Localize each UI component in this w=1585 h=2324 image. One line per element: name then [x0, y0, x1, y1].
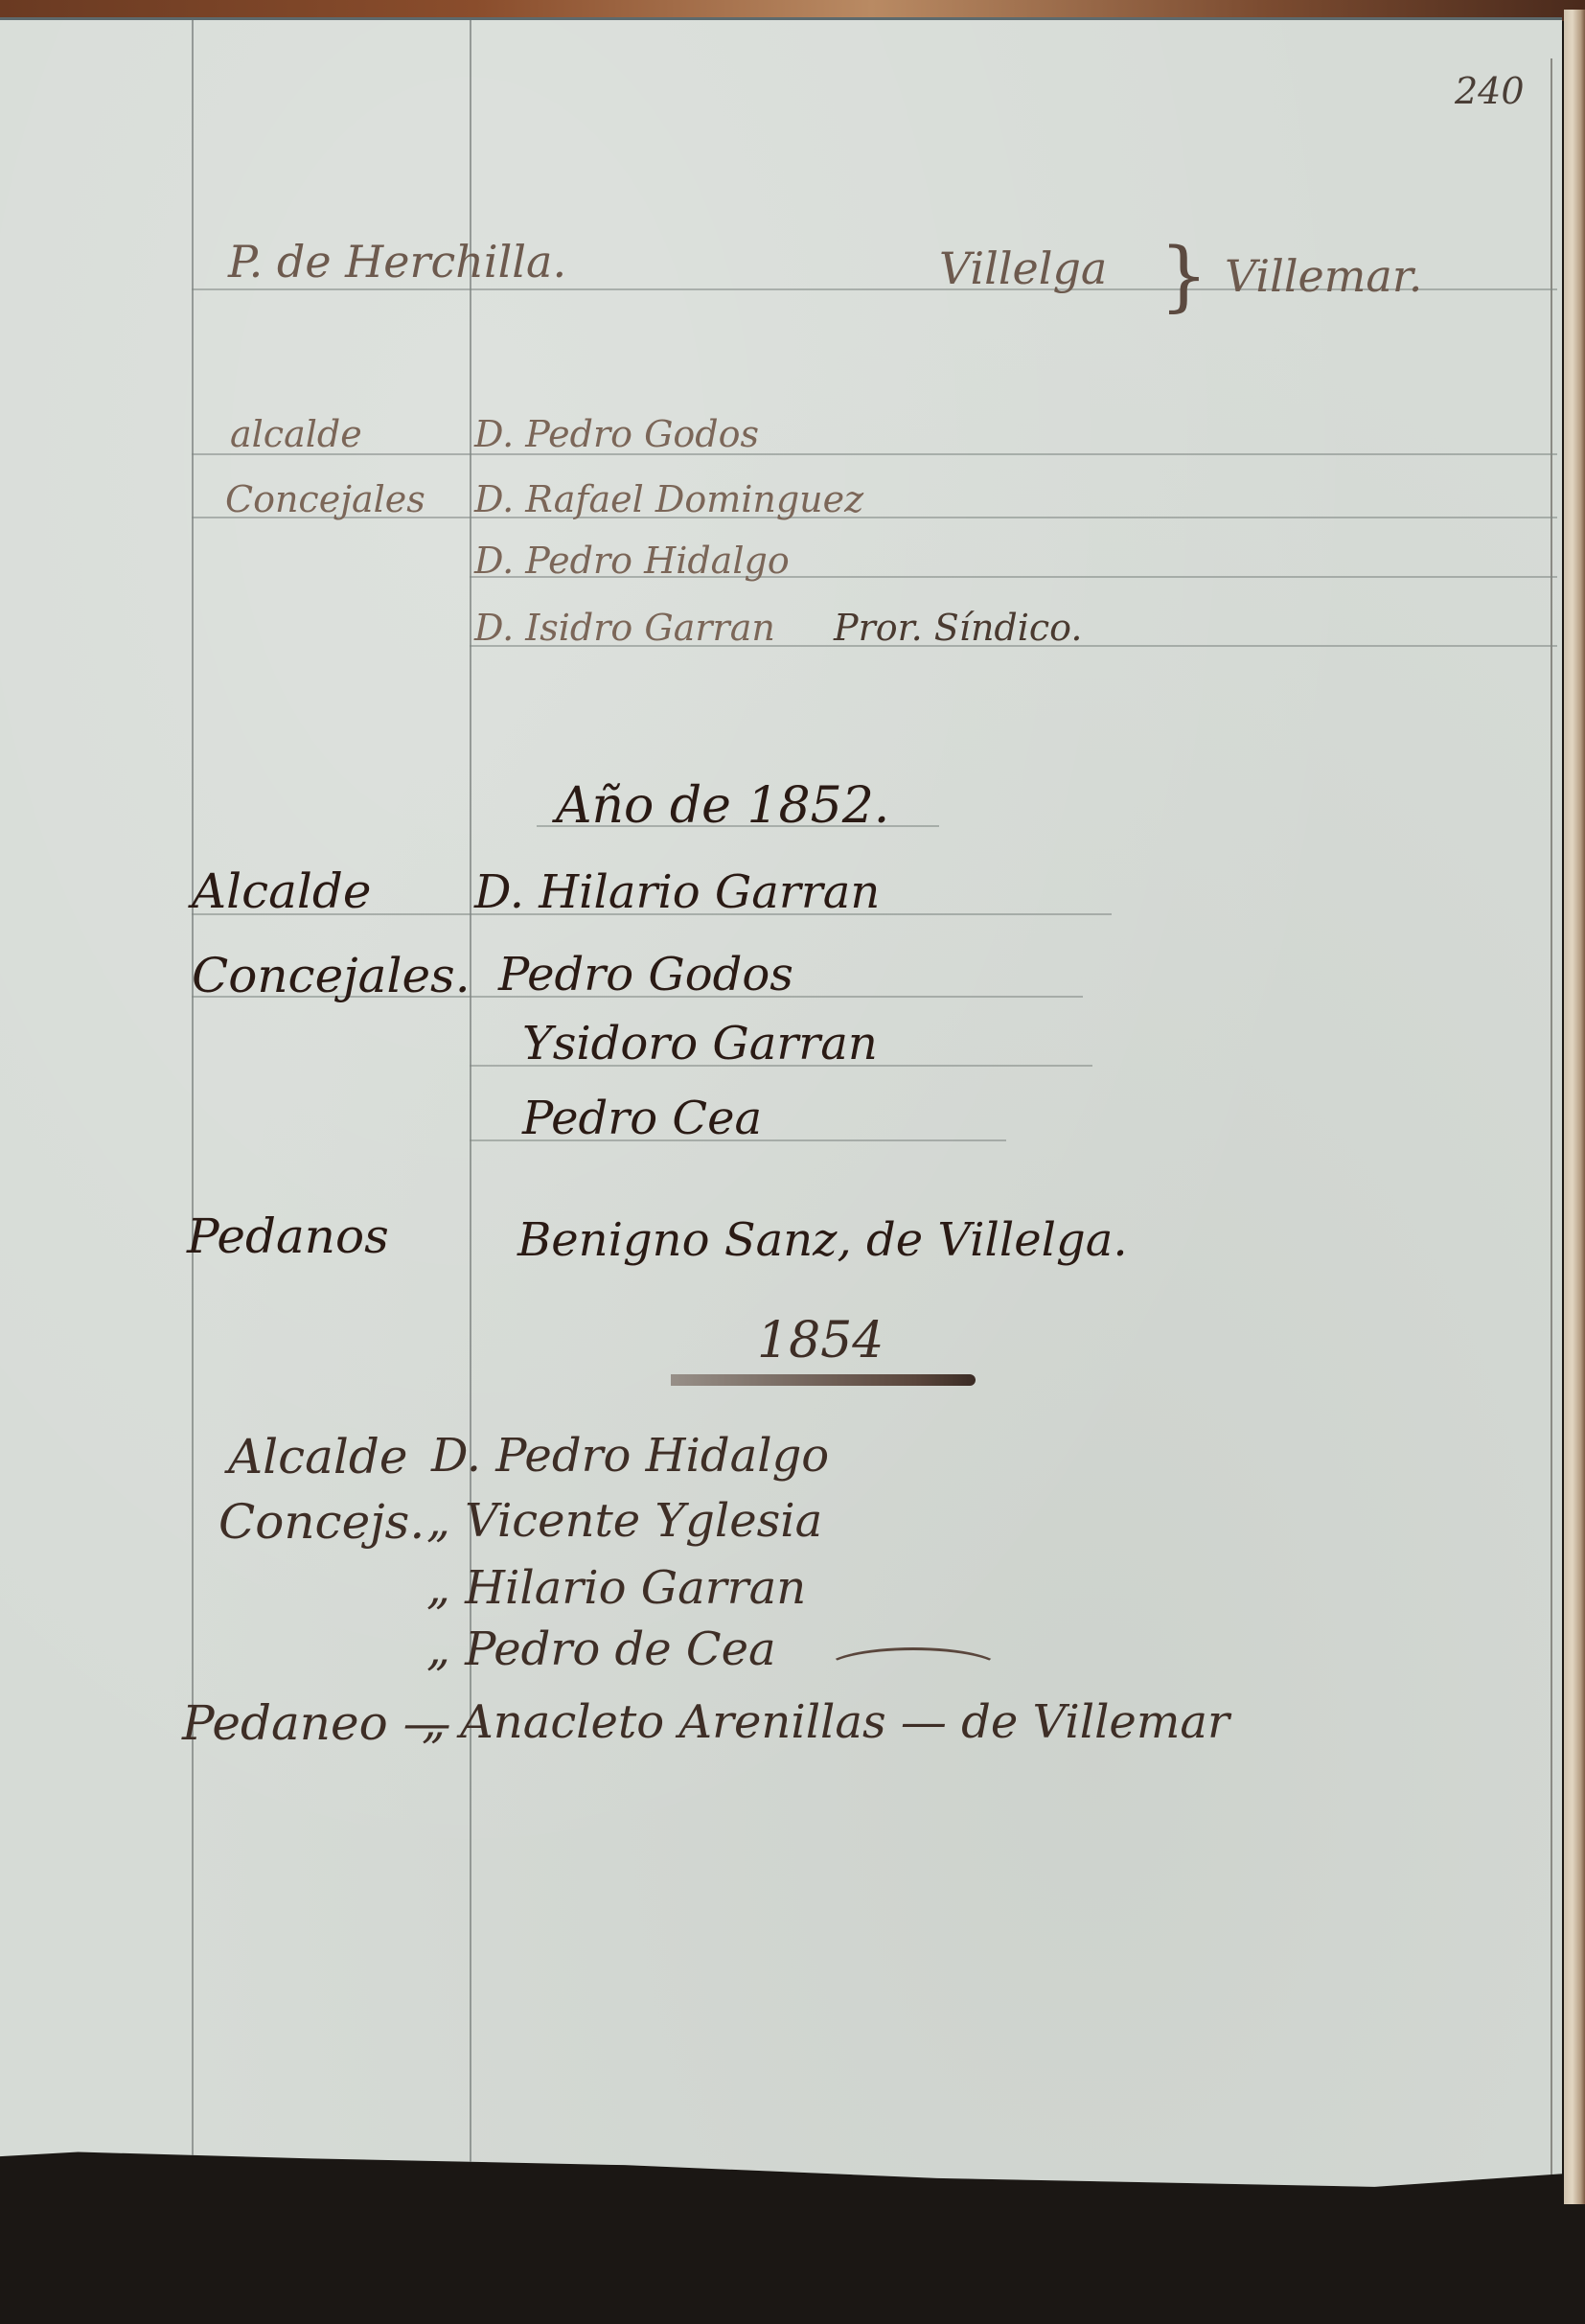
- pedanos-label-1852: Pedanos: [187, 1208, 389, 1264]
- alcalde-name-1852: D. Hilario Garran: [474, 865, 880, 919]
- pedanos-entry-1852: Benigno Sanz, de Villelga.: [517, 1213, 1128, 1267]
- outer-margin-rule: [192, 20, 194, 2167]
- concejal-1852-3: Pedro Cea: [522, 1092, 762, 1145]
- town-villelga: Villelga: [939, 242, 1107, 294]
- year-heading-1852: Año de 1852.: [556, 777, 889, 835]
- concejal-1852-1: Pedro Godos: [498, 948, 793, 1001]
- label-column-rule: [470, 20, 471, 2176]
- alcalde-name-1854: D. Pedro Hidalgo: [431, 1429, 829, 1483]
- partido-heading: P. de Herchilla.: [228, 236, 566, 288]
- book-page-stack-edge: [1564, 10, 1585, 2204]
- pedaneo-entry-1854: „ Anacleto Arenillas — de Villemar: [422, 1695, 1229, 1749]
- alcalde-label-1852: Alcalde: [192, 863, 372, 919]
- concejal-1-2: D. Pedro Hidalgo: [474, 540, 790, 582]
- folio-number: 240: [1455, 70, 1525, 112]
- year-heading-1854: 1854: [757, 1312, 884, 1369]
- right-margin-rule: [1551, 58, 1552, 2196]
- sindico-note: Pror. Síndico.: [834, 607, 1082, 649]
- concejal-1-1: D. Rafael Dominguez: [474, 478, 863, 520]
- concejal-1854-1: „ Vicente Yglesia: [426, 1494, 822, 1548]
- flourish-stroke: [824, 1647, 1002, 1691]
- concejales-label-1854: Concejs.: [218, 1494, 425, 1550]
- concejales-label-1852: Concejales.: [192, 948, 471, 1003]
- alcalde-label-1: alcalde: [230, 413, 362, 455]
- alcalde-name-1: D. Pedro Godos: [474, 413, 759, 455]
- rule-alcalde-1: [192, 453, 1557, 455]
- year-underline-stroke: [671, 1374, 976, 1386]
- concejal-1854-2: „ Hilario Garran: [426, 1561, 806, 1615]
- pedaneo-label-1854: Pedaneo —: [182, 1695, 451, 1751]
- concejales-label-1: Concejales: [225, 478, 425, 520]
- concejal-1852-2: Ysidoro Garran: [522, 1017, 878, 1070]
- town-villemar: Villemar.: [1225, 250, 1422, 302]
- ledger-page: 240 P. de Herchilla. Villelga } Villemar…: [0, 17, 1562, 2196]
- concejal-1-3: D. Isidro Garran: [474, 607, 775, 649]
- brace-icon: }: [1160, 231, 1208, 320]
- alcalde-label-1854: Alcalde: [228, 1429, 408, 1484]
- concejal-1854-3: „ Pedro de Cea: [426, 1622, 776, 1676]
